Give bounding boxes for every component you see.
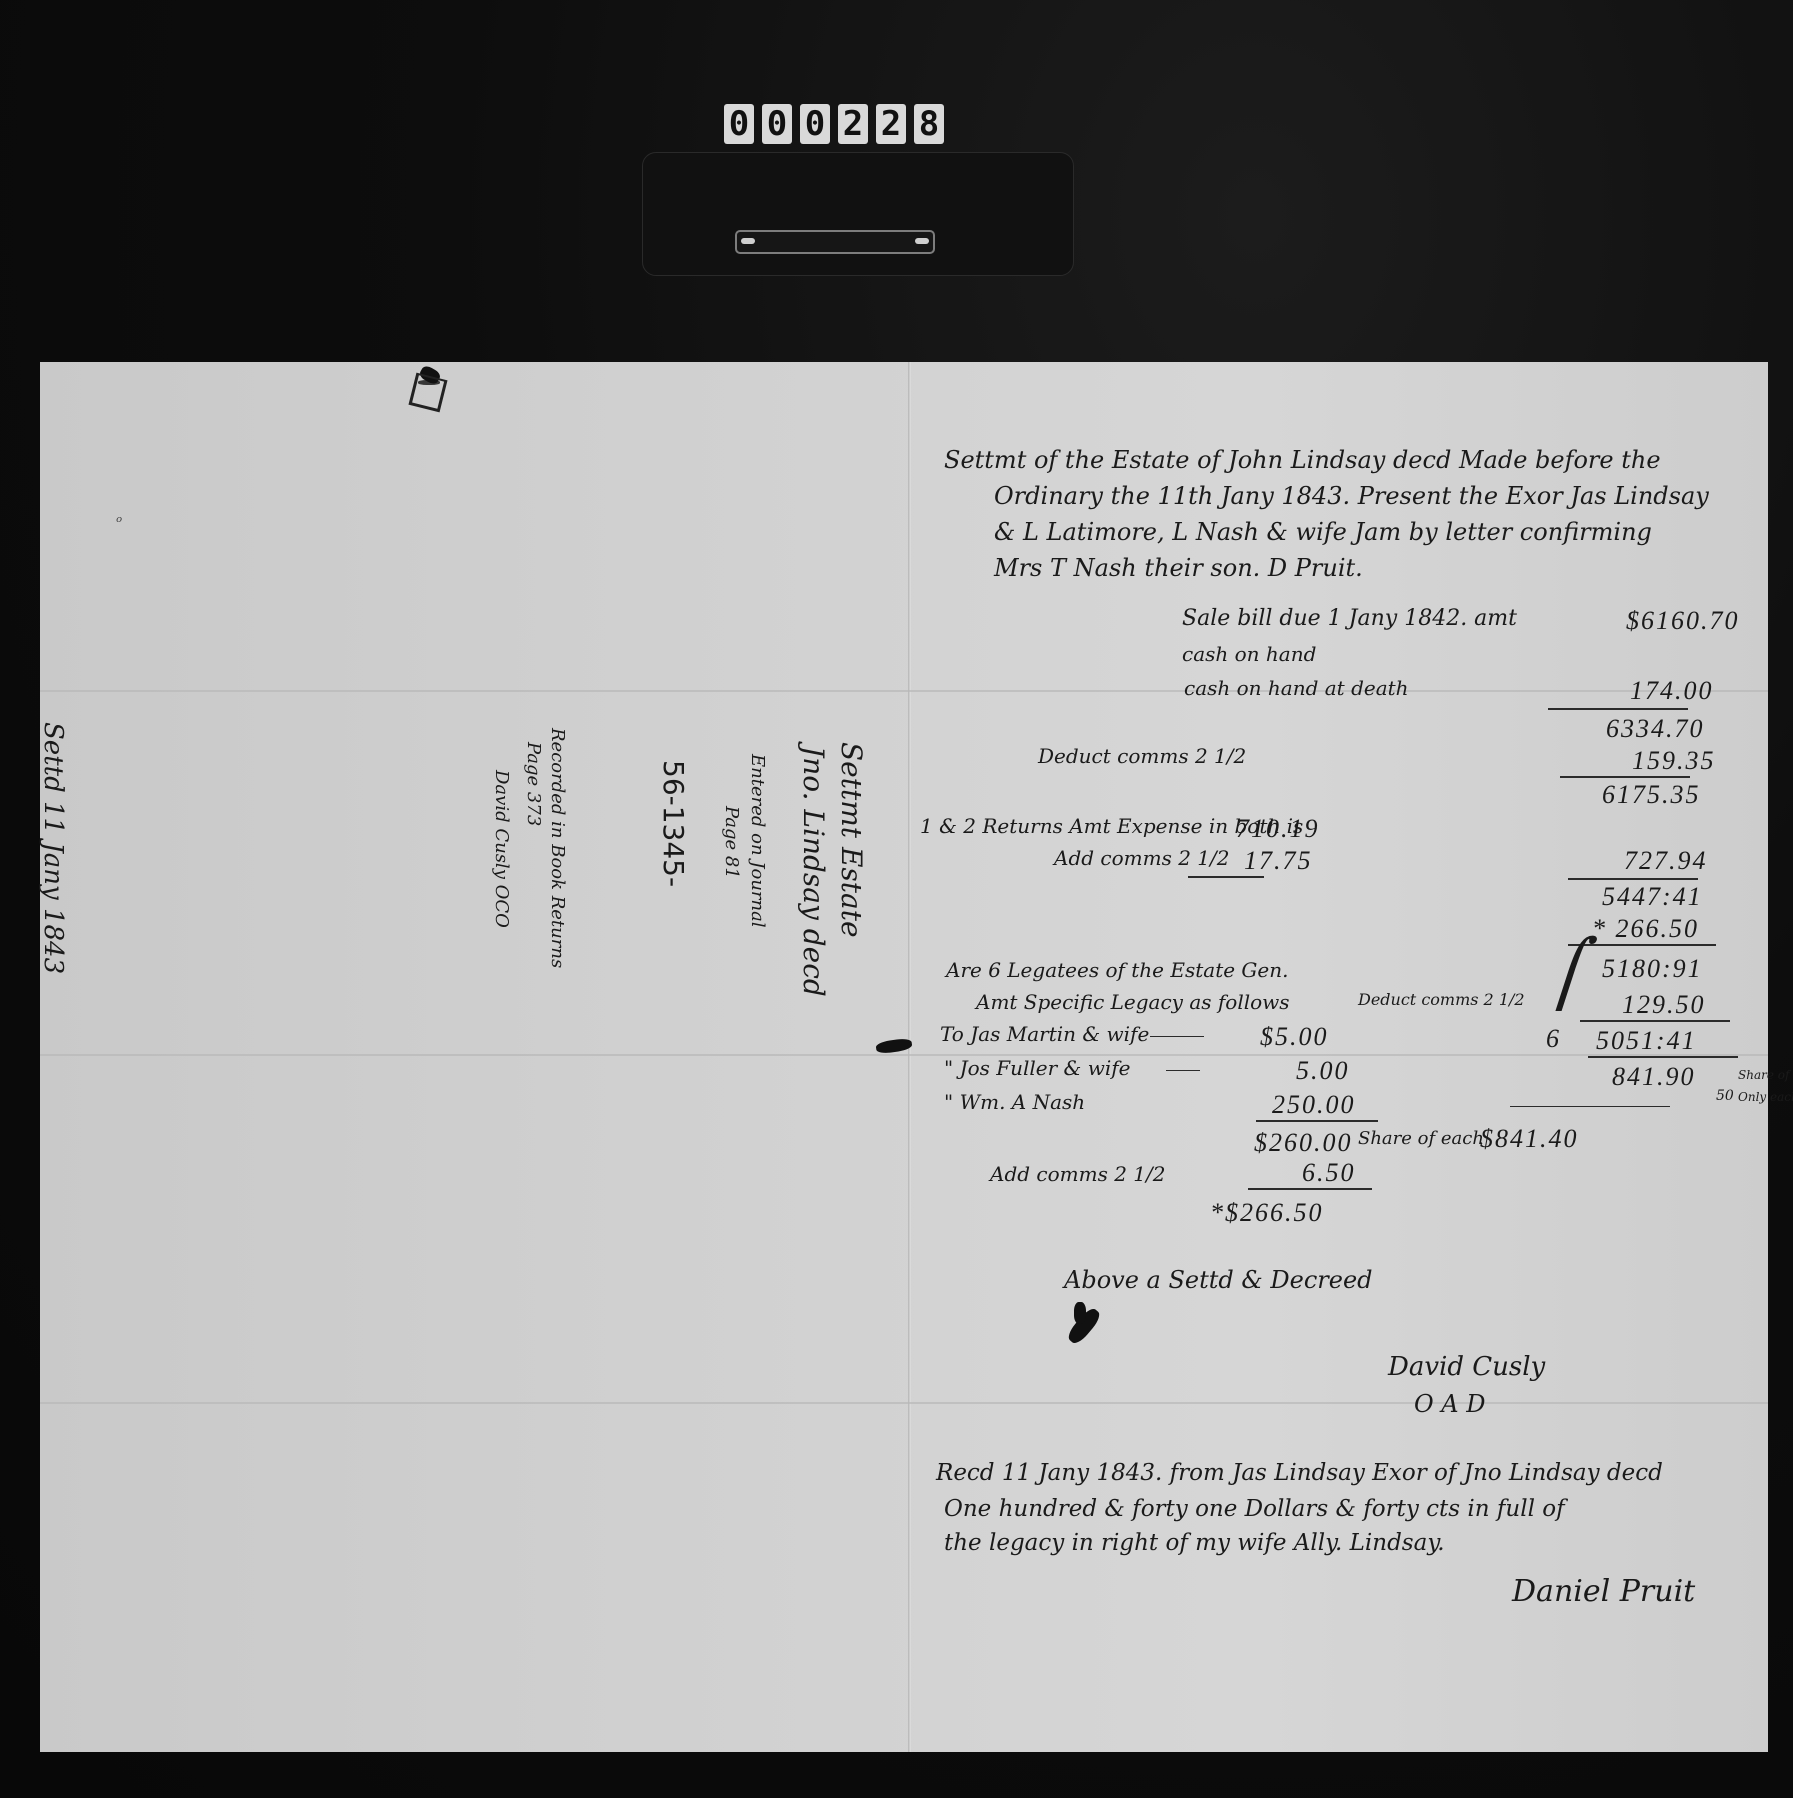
entry-amount: $6160.70 xyxy=(1626,606,1740,636)
heading-line-4: Mrs T Nash their son. D Pruit. xyxy=(994,554,1363,582)
entry-label: Deduct comms 2 1/2 xyxy=(1038,744,1246,768)
approval-text: Above a Settd & Decreed xyxy=(1064,1266,1373,1294)
leader-line xyxy=(1150,1036,1204,1037)
document-sheet: Settd 11 Jany 1843 Settmt Estate Jno. Li… xyxy=(40,362,1768,1752)
film-mount xyxy=(642,152,1074,276)
legacy-prefix: " xyxy=(944,1056,953,1080)
endorsement-page: Page 81 xyxy=(721,806,742,879)
quotient: 841.90 xyxy=(1612,1062,1696,1092)
sum-rule xyxy=(1188,876,1264,878)
clerk-signature: David Cusly OCO xyxy=(491,770,512,928)
sum-rule xyxy=(1560,776,1690,778)
counter-digit: 0 xyxy=(800,104,830,144)
legacy-name: Wm. A Nash xyxy=(960,1090,1086,1114)
file-number: 56-1345- xyxy=(657,760,690,887)
counter-digit: 8 xyxy=(914,104,944,144)
division-bracket: ⌠ xyxy=(1544,942,1598,1006)
entry-amount: 6175.35 xyxy=(1602,780,1701,810)
heading-line-1: Settmt of the Estate of John Lindsay dec… xyxy=(944,446,1661,474)
running-balance: 5447:41 xyxy=(1602,882,1703,912)
returns-add-value: 17.75 xyxy=(1244,846,1313,876)
stray-mark: ᵒ xyxy=(116,512,122,531)
divisor: 6 xyxy=(1546,1024,1561,1054)
horizontal-fold xyxy=(40,690,1768,692)
legacy-row: To Jas Martin & wife xyxy=(940,1022,1149,1046)
endorsement-title-1: Settmt Estate xyxy=(835,742,868,938)
running-remaining: 5180:91 xyxy=(1602,954,1703,984)
endorsement-date: Settd 11 Jany 1843 xyxy=(38,722,68,974)
ink-blot xyxy=(1074,1302,1086,1324)
deduct-value: 129.50 xyxy=(1622,990,1706,1020)
entry-amount: 174.00 xyxy=(1630,676,1714,706)
legacy-subtotal: $260.00 xyxy=(1254,1128,1353,1158)
remainder-value: 50 xyxy=(1716,1088,1734,1104)
heading-line-3: & L Latimore, L Nash & wife Jam by lette… xyxy=(994,518,1652,546)
legacy-prefix: " xyxy=(944,1090,953,1114)
sum-rule xyxy=(1248,1188,1372,1190)
sum-rule xyxy=(1580,1020,1730,1022)
legacy-amount: 5.00 xyxy=(1296,1056,1350,1086)
returns-value: 710.19 xyxy=(1236,814,1320,844)
sum-rule xyxy=(1568,878,1698,880)
ink-mark xyxy=(408,373,447,413)
legacy-amount: $5.00 xyxy=(1260,1022,1329,1052)
sum-rule xyxy=(1510,1106,1670,1107)
legacy-amount: 250.00 xyxy=(1272,1090,1356,1120)
legacy-add-label: Add comms 2 1/2 xyxy=(990,1162,1165,1186)
mount-clip xyxy=(735,230,935,254)
legatees-note: Are 6 Legatees of the Estate Gen. xyxy=(946,958,1288,982)
counter-digit: 2 xyxy=(876,104,906,144)
legacy-name: Jas Martin & wife xyxy=(970,1022,1149,1046)
entry-label: Sale bill due 1 Jany 1842. amt xyxy=(1182,606,1517,631)
horizontal-fold xyxy=(40,1402,1768,1404)
legacy-row: " Jos Fuller & wife xyxy=(944,1056,1130,1080)
entry-label: cash on hand xyxy=(1182,642,1316,666)
legacy-name: Jos Fuller & wife xyxy=(960,1056,1131,1080)
receipt-line-3: the legacy in right of my wife Ally. Lin… xyxy=(944,1530,1445,1556)
share-value: $841.40 xyxy=(1480,1124,1579,1154)
legacy-total: *$266.50 xyxy=(1210,1198,1324,1228)
sum-rule xyxy=(1256,1120,1378,1122)
ordinary-title: O A D xyxy=(1414,1390,1486,1418)
counter-digit: 0 xyxy=(762,104,792,144)
deduct-label: Deduct comms 2 1/2 xyxy=(1358,990,1525,1009)
frame-counter: 0 0 0 2 2 8 xyxy=(724,104,944,144)
returns-add-label: Add comms 2 1/2 xyxy=(1054,846,1229,870)
endorsement-filed: Entered on Journal xyxy=(747,754,768,928)
entry-amount: 159.35 xyxy=(1632,746,1716,776)
entry-amount: 6334.70 xyxy=(1606,714,1705,744)
center-fold xyxy=(908,362,911,1752)
receipt-signature: Daniel Pruit xyxy=(1512,1574,1695,1609)
running-legacies: * 266.50 xyxy=(1592,914,1699,944)
recorded-page: Page 373 xyxy=(523,742,544,826)
legacy-add-value: 6.50 xyxy=(1302,1158,1356,1188)
recorded-note: Recorded in Book Returns xyxy=(547,728,568,968)
endorsement-title-2: Jno. Lindsay decd xyxy=(797,746,830,997)
entry-label: cash on hand at death xyxy=(1184,676,1409,700)
sum-rule xyxy=(1548,708,1688,710)
quotient-note: Share of each xyxy=(1738,1068,1793,1082)
returns-total: 727.94 xyxy=(1624,846,1708,876)
receipt-line-2: One hundred & forty one Dollars & forty … xyxy=(944,1496,1565,1522)
specific-note: Amt Specific Legacy as follows xyxy=(976,990,1290,1014)
receipt-line-1: Recd 11 Jany 1843. from Jas Lindsay Exor… xyxy=(936,1460,1663,1486)
remainder-note: Only each for each xyxy=(1738,1090,1793,1104)
leader-line xyxy=(1166,1070,1200,1071)
horizontal-fold xyxy=(40,1054,1768,1056)
sum-rule xyxy=(1588,1056,1738,1058)
counter-digit: 2 xyxy=(838,104,868,144)
heading-line-2: Ordinary the 11th Jany 1843. Present the… xyxy=(994,482,1709,510)
share-label: Share of each xyxy=(1358,1128,1484,1149)
dividend: 5051:41 xyxy=(1596,1026,1697,1056)
legacy-prefix: To xyxy=(940,1022,964,1046)
counter-digit: 0 xyxy=(724,104,754,144)
legacy-row: " Wm. A Nash xyxy=(944,1090,1085,1114)
ordinary-signature: David Cusly xyxy=(1388,1352,1545,1382)
